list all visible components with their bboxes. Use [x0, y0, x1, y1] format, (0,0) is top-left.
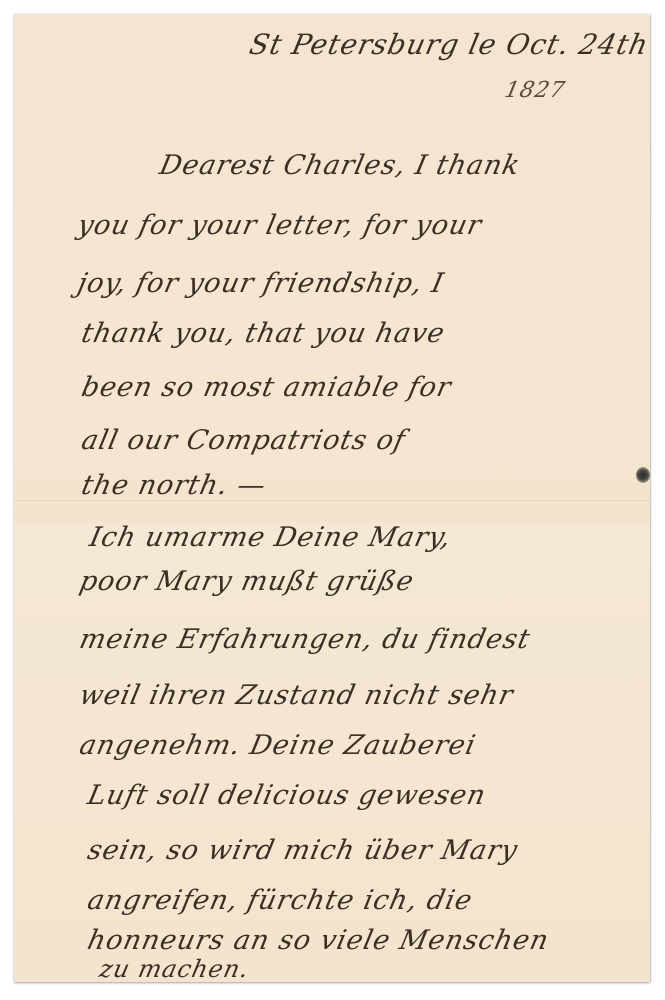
ink-blot — [636, 467, 650, 483]
letter-line: poor Mary mußt grüße — [77, 566, 417, 597]
letter-line: joy, for your friendship, I — [75, 268, 447, 299]
letter-place-date: St Petersburg le Oct. 24th — [246, 28, 651, 61]
letter-line: thank you, that you have — [79, 318, 448, 349]
letter-line: honneurs an so viele Menschen — [85, 925, 552, 956]
letter-line: weil ihren Zustand nicht sehr — [77, 680, 517, 711]
letter-line: Dearest Charles, I thank — [157, 150, 524, 181]
letter-line: been so most amiable for — [79, 372, 455, 403]
letter-line: Ich umarme Deine Mary, — [87, 522, 455, 553]
letter-line: you for your letter, for your — [75, 210, 485, 241]
letter-line: angenehm. Deine Zauberei — [77, 730, 479, 761]
letter-year: 1827 — [502, 78, 567, 103]
letter-line: Luft soll delicious gewesen — [85, 780, 489, 811]
letter-line: angreifen, fürchte ich, die — [85, 885, 476, 916]
letter-line: zu machen. — [97, 955, 252, 983]
letter-line: all our Compatriots of — [79, 425, 409, 456]
letter-line: meine Erfahrungen, du findest — [77, 624, 534, 655]
letter-line: sein, so wird mich über Mary — [85, 835, 521, 866]
letter-line: the north. — — [79, 470, 269, 501]
